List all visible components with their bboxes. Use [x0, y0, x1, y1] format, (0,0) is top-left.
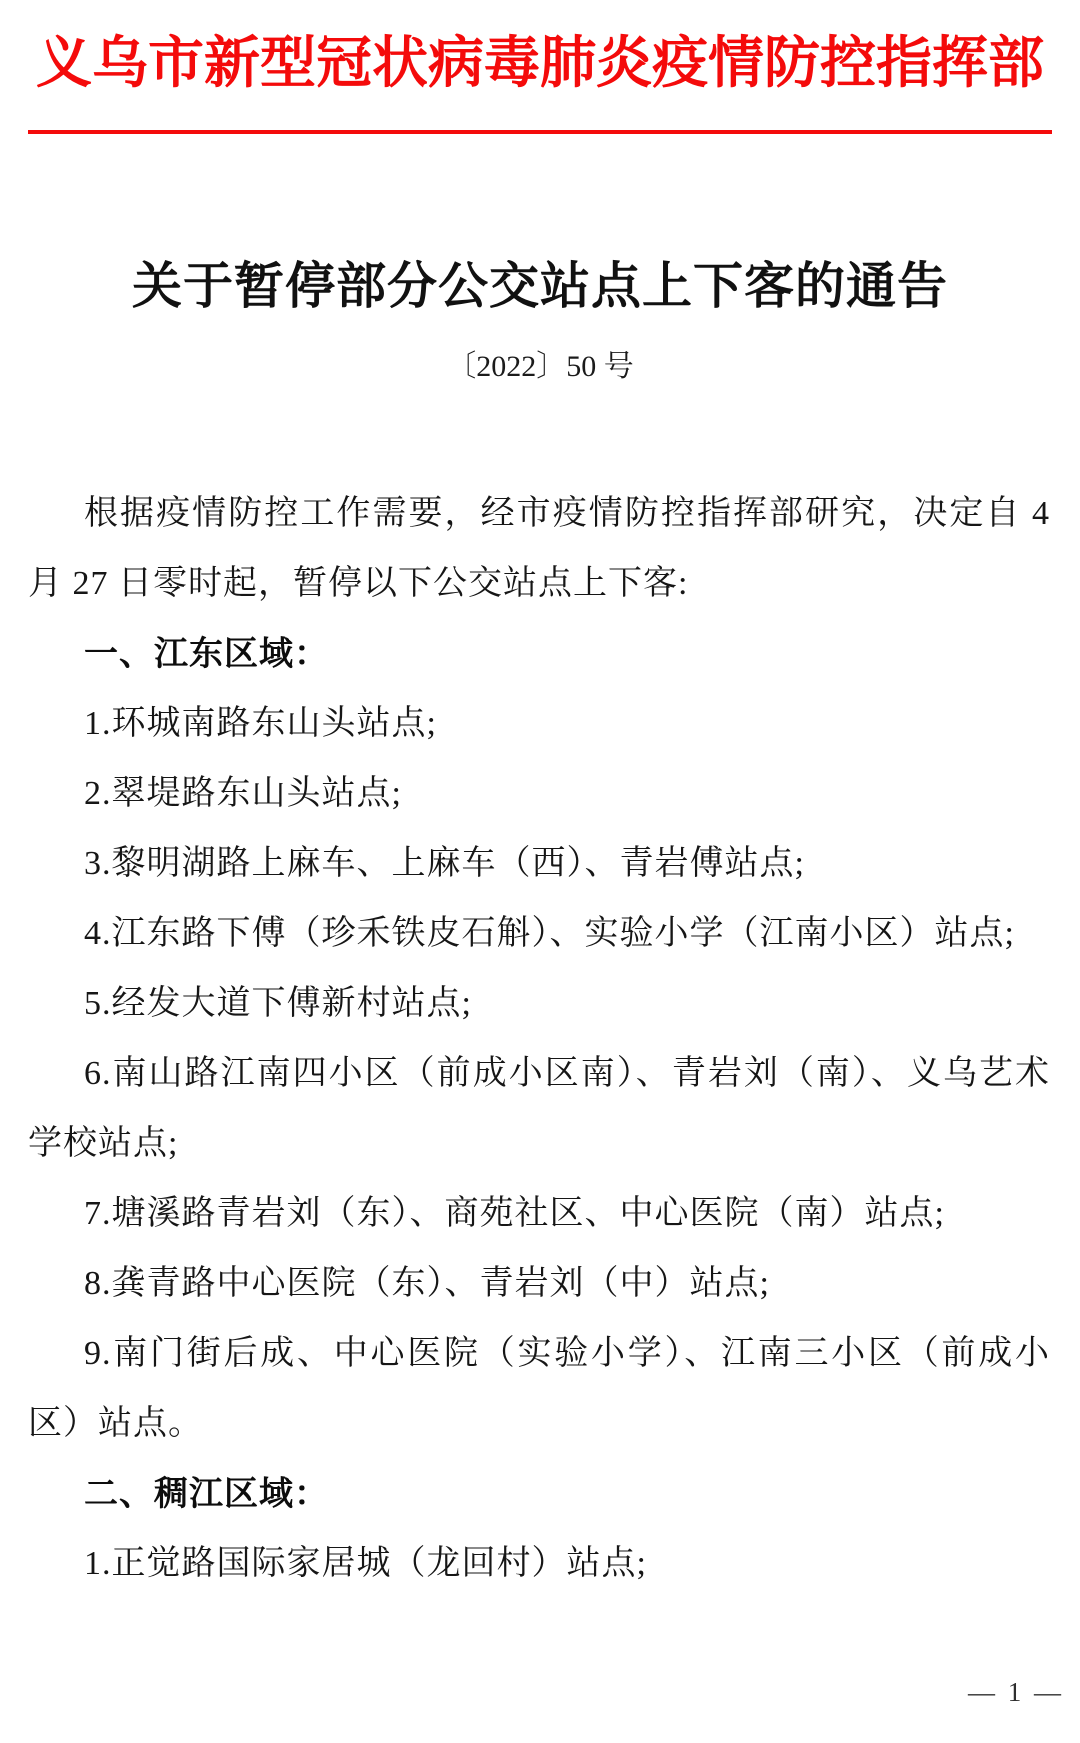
- bus-stop-item: 1.环城南路东山头站点;: [28, 689, 1050, 759]
- bus-stop-item: 3.黎明湖路上麻车、上麻车（西）、青岩傅站点;: [28, 829, 1050, 899]
- letterhead-divider: [28, 130, 1052, 134]
- bus-stop-item: 9.南门街后成、中心医院（实验小学）、江南三小区（前成小区）站点。: [28, 1319, 1050, 1459]
- document-body: 根据疫情防控工作需要，经市疫情防控指挥部研究，决定自 4 月 27 日零时起，暂…: [0, 479, 1080, 1599]
- bus-stop-item: 1.正觉路国际家居城（龙回村）站点;: [28, 1529, 1050, 1599]
- bus-stop-item: 6.南山路江南四小区（前成小区南）、青岩刘（南）、义乌艺术学校站点;: [28, 1039, 1050, 1179]
- section-1-heading: 一、江东区域：: [28, 619, 1050, 689]
- document-number: 〔2022〕50 号: [0, 352, 1080, 382]
- document-page: 义乌市新型冠状病毒肺炎疫情防控指挥部 关于暂停部分公交站点上下客的通告 〔202…: [0, 0, 1080, 1743]
- page-number: — 1 —: [968, 1672, 1064, 1712]
- bus-stop-item: 5.经发大道下傅新村站点;: [28, 969, 1050, 1039]
- document-title: 关于暂停部分公交站点上下客的通告: [0, 258, 1080, 314]
- bus-stop-item: 8.龚青路中心医院（东）、青岩刘（中）站点;: [28, 1249, 1050, 1319]
- letterhead-org-name: 义乌市新型冠状病毒肺炎疫情防控指挥部: [20, 32, 1060, 96]
- bus-stop-item: 7.塘溪路青岩刘（东）、商苑社区、中心医院（南）站点;: [28, 1179, 1050, 1249]
- bus-stop-item: 4.江东路下傅（珍禾铁皮石斛）、实验小学（江南小区）站点;: [28, 899, 1050, 969]
- section-2-heading: 二、稠江区域：: [28, 1459, 1050, 1529]
- intro-paragraph: 根据疫情防控工作需要，经市疫情防控指挥部研究，决定自 4 月 27 日零时起，暂…: [28, 479, 1050, 619]
- bus-stop-item: 2.翠堤路东山头站点;: [28, 759, 1050, 829]
